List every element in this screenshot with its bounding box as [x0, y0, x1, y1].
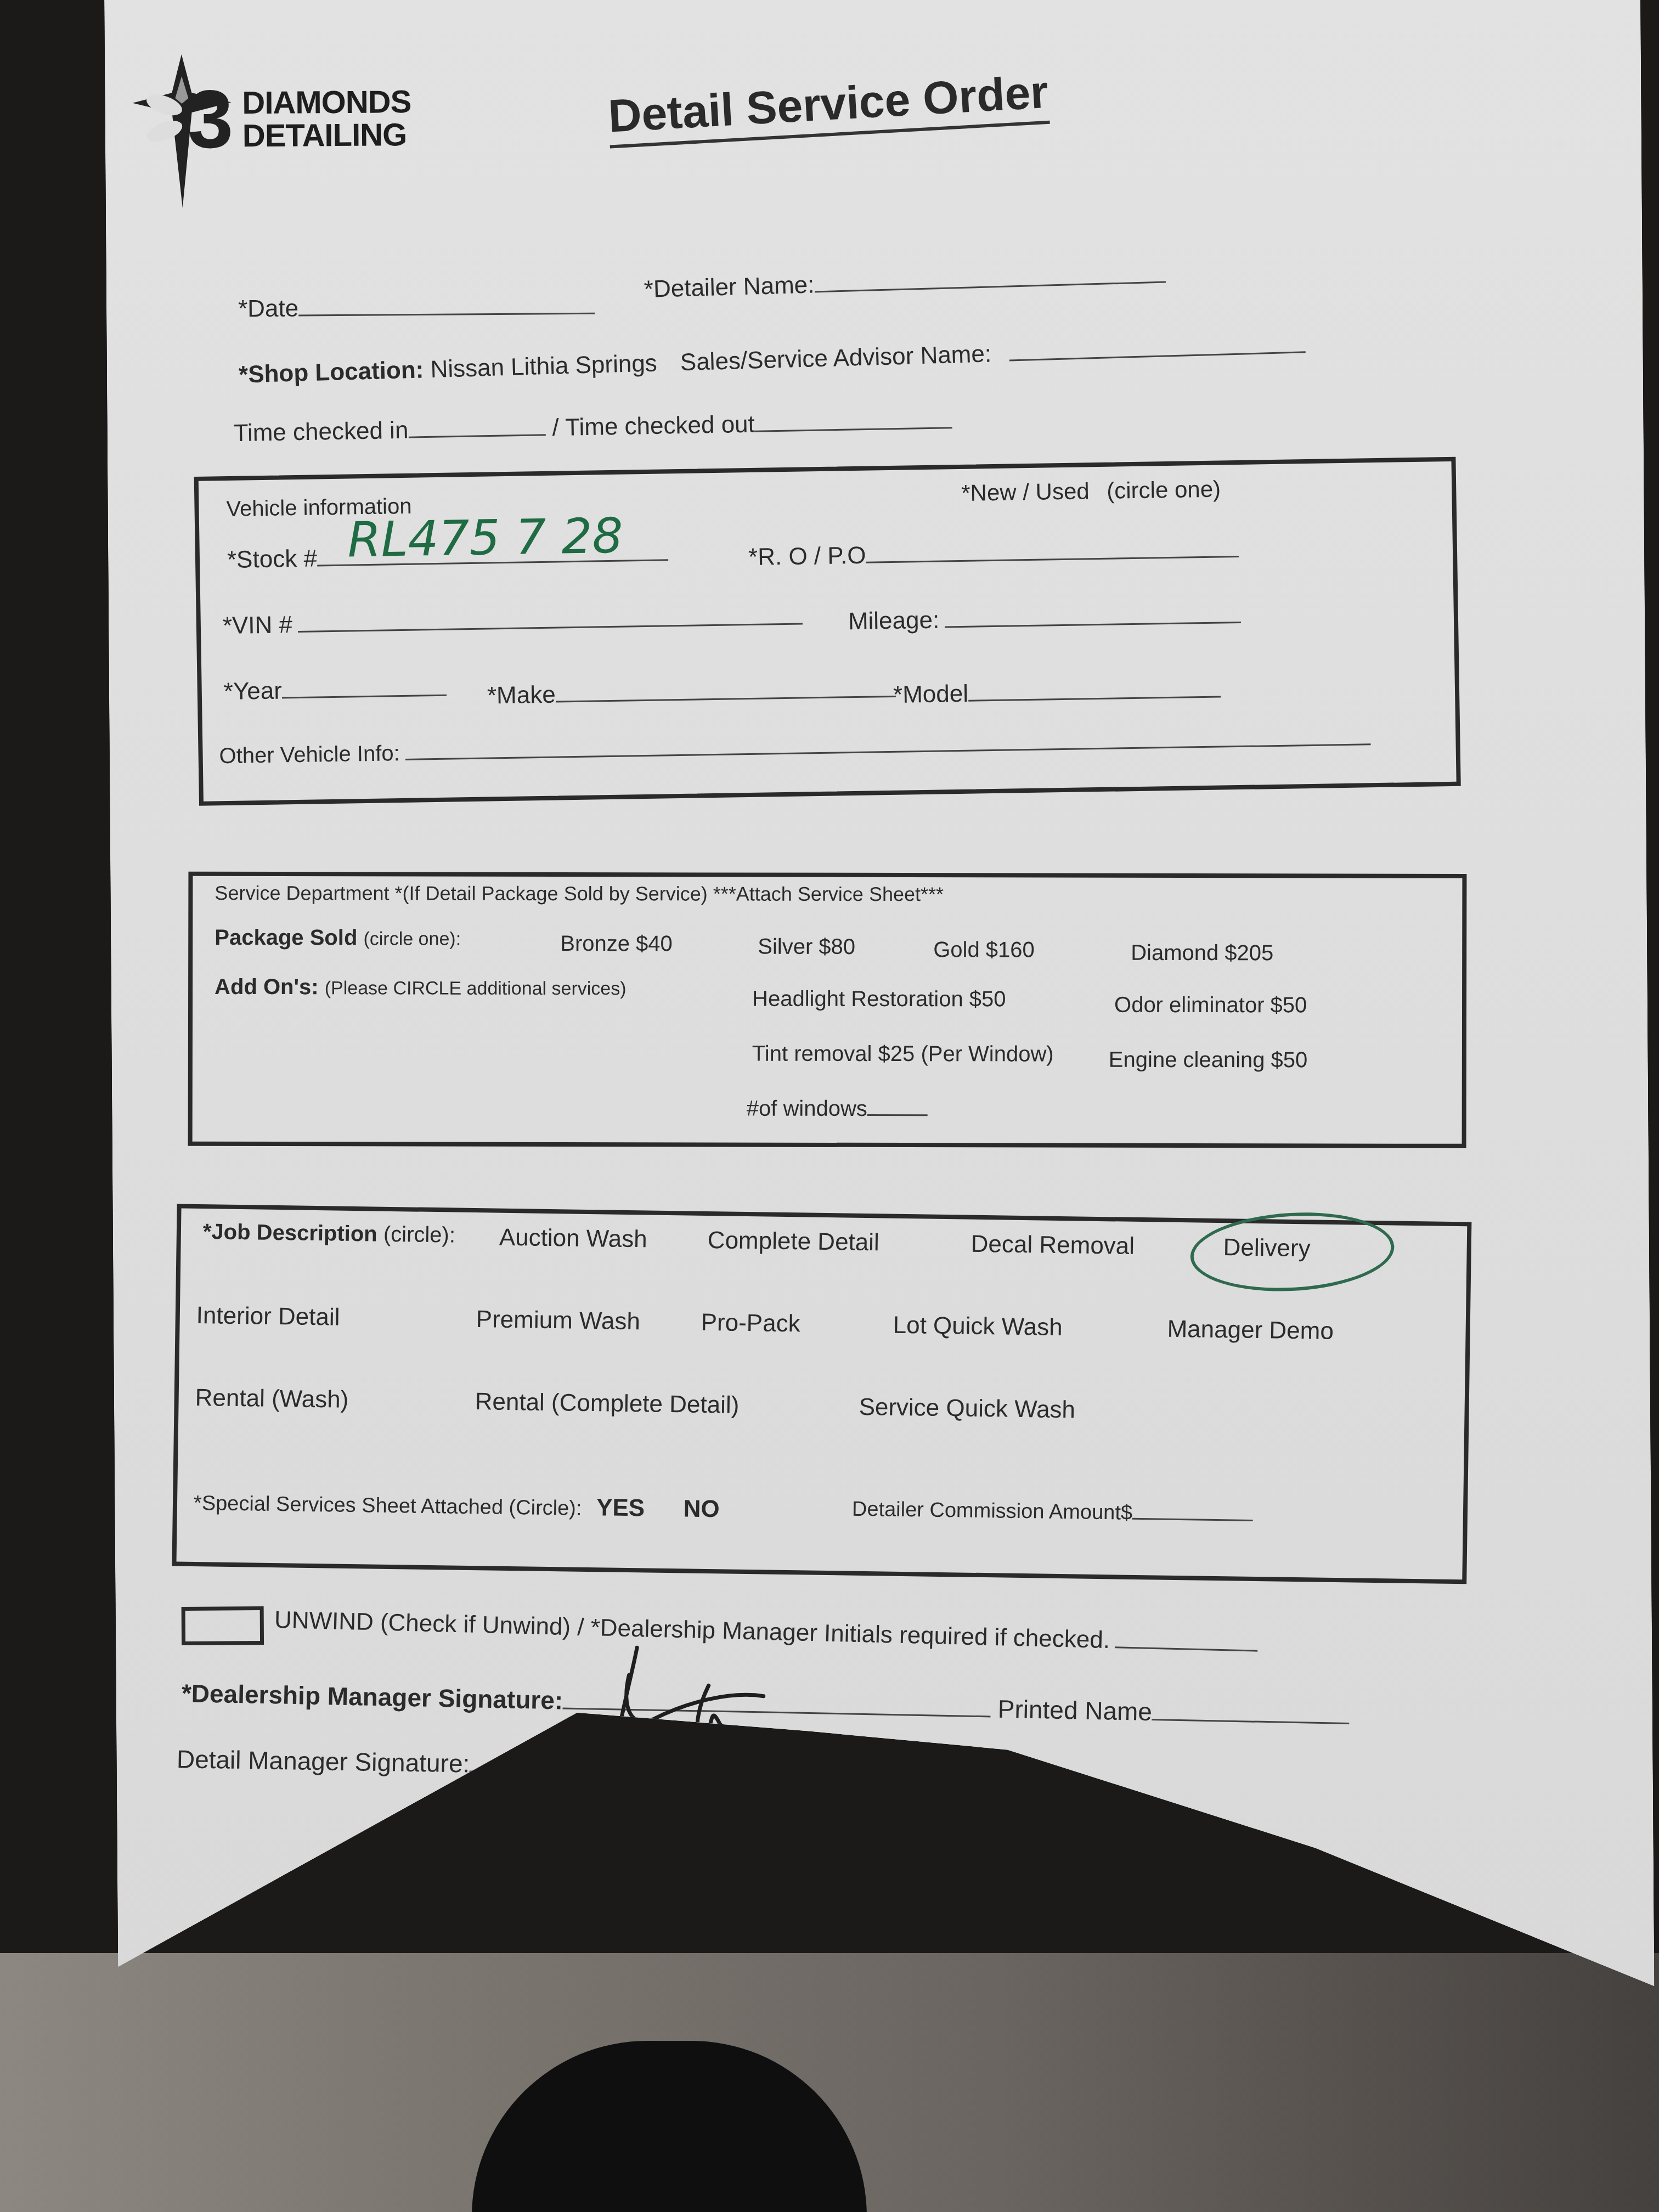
job-description-hint: (circle): [383, 1222, 456, 1248]
job-option-premium-wash[interactable]: Premium Wash [476, 1306, 640, 1335]
job-option-interior-detail[interactable]: Interior Detail [196, 1302, 340, 1331]
addons-hint: (Please CIRCLE additional services) [325, 978, 627, 999]
other-info-line[interactable] [405, 743, 1371, 760]
detail-manager-signature-label: Detail Manager Signature: [177, 1745, 470, 1778]
package-bronze[interactable]: Bronze $40 [560, 932, 673, 956]
vehicle-info-section: Vehicle information *New / Used (circle … [194, 457, 1461, 806]
date-line[interactable] [298, 312, 595, 317]
package-sold-label: Package Sold [215, 926, 357, 950]
job-option-auction-wash[interactable]: Auction Wash [499, 1224, 647, 1254]
new-used-row[interactable]: *New / Used (circle one) [961, 476, 1221, 506]
ro-po-label: *R. O / P.O [748, 542, 866, 571]
year-field[interactable]: *Year [223, 675, 447, 706]
package-sold-hint: (circle one): [363, 928, 461, 949]
service-department-section: Service Department *(If Detail Package S… [188, 872, 1467, 1148]
job-option-rental-complete-detail[interactable]: Rental (Complete Detail) [475, 1388, 739, 1419]
company-logo: 3 DIAMONDS DETAILING [121, 53, 441, 208]
detail-manager-signature-line[interactable] [470, 1770, 974, 1780]
job-option-lot-quick-wash[interactable]: Lot Quick Wash [893, 1312, 1063, 1341]
page-title: Detail Service Order [607, 65, 1050, 149]
addon-engine-cleaning[interactable]: Engine cleaning $50 [1109, 1048, 1308, 1073]
vin-label: *VIN # [223, 611, 293, 639]
mileage-line[interactable] [945, 621, 1241, 628]
addons-label: Add On's: [215, 975, 319, 999]
make-line[interactable] [556, 695, 896, 703]
unwind-initials-line[interactable] [1115, 1646, 1258, 1651]
addons-row: Add On's: (Please CIRCLE additional serv… [215, 975, 627, 1000]
make-label: *Make [487, 681, 556, 709]
detail-manager-signature-row: Detail Manager Signature: [176, 1744, 974, 1786]
mileage-label: Mileage: [848, 607, 940, 635]
stock-field[interactable]: *Stock # RL475 7 28 [227, 539, 669, 574]
logo-line-1: DIAMONDS [242, 86, 411, 120]
package-diamond[interactable]: Diamond $205 [1131, 941, 1273, 966]
dealership-signature-label: *Dealership Manager Signature: [181, 1679, 563, 1714]
new-used-label: *New / Used [961, 478, 1090, 506]
job-option-service-quick-wash[interactable]: Service Quick Wash [859, 1393, 1075, 1424]
special-services-no[interactable]: NO [683, 1495, 720, 1522]
service-order-sheet: 3 DIAMONDS DETAILING Detail Service Orde… [104, 0, 1654, 1997]
package-sold-row: Package Sold (circle one): [215, 926, 461, 951]
special-services-row: *Special Services Sheet Attached (Circle… [194, 1488, 720, 1523]
make-field[interactable]: *Make [487, 676, 896, 710]
other-info-label: Other Vehicle Info: [219, 741, 400, 768]
detailer-name-line[interactable] [815, 281, 1166, 293]
manager-signature-scribble [599, 1639, 1093, 1785]
service-department-header: Service Department *(If Detail Package S… [215, 882, 944, 906]
vin-field[interactable]: *VIN # [223, 603, 803, 640]
advisor-label: Sales/Service Advisor Name: [680, 340, 991, 376]
date-field[interactable]: *Date [238, 293, 595, 323]
date-label: *Date [238, 295, 298, 323]
vin-line[interactable] [298, 623, 803, 633]
job-option-manager-demo[interactable]: Manager Demo [1167, 1316, 1334, 1345]
model-label: *Model [893, 680, 969, 708]
shop-location-row: *Shop Location: Nissan Lithia Springs Sa… [238, 331, 1305, 388]
time-out-label: / Time checked out [552, 411, 755, 441]
windows-count-field[interactable]: #of windows [747, 1097, 928, 1122]
addon-odor-eliminator[interactable]: Odor eliminator $50 [1114, 993, 1307, 1018]
commission-label: Detailer Commission Amount$ [852, 1498, 1133, 1525]
job-description-label: *Job Description [203, 1220, 377, 1246]
job-option-decal-removal[interactable]: Decal Removal [970, 1231, 1135, 1260]
unwind-checkbox[interactable] [182, 1606, 264, 1645]
model-field[interactable]: *Model [893, 676, 1221, 709]
logo-line-2: DETAILING [242, 119, 411, 153]
job-option-rental-wash[interactable]: Rental (Wash) [195, 1384, 348, 1414]
windows-count-label: #of windows [747, 1097, 867, 1121]
svg-text:3: 3 [187, 72, 234, 165]
commission-field[interactable]: Detailer Commission Amount$ [852, 1498, 1254, 1527]
stock-handwritten-value: RL475 7 28 [347, 507, 624, 568]
job-option-pro-pack[interactable]: Pro-Pack [701, 1309, 800, 1338]
package-gold[interactable]: Gold $160 [933, 938, 1035, 962]
year-label: *Year [223, 677, 282, 705]
new-used-hint: (circle one) [1107, 476, 1221, 504]
addon-tint-removal[interactable]: Tint removal $25 (Per Window) [752, 1042, 1054, 1067]
job-description-section: *Job Description (circle): Auction Wash … [172, 1204, 1471, 1584]
mileage-field[interactable]: Mileage: [848, 602, 1242, 635]
time-out-line[interactable] [755, 426, 952, 432]
shop-location-label: *Shop Location: [238, 356, 424, 388]
windows-count-line[interactable] [867, 1114, 928, 1116]
shop-location-value: Nissan Lithia Springs [430, 349, 658, 383]
addon-headlight-restoration[interactable]: Headlight Restoration $50 [752, 987, 1006, 1012]
special-services-yes[interactable]: YES [596, 1494, 645, 1521]
stock-label: *Stock # [227, 545, 318, 573]
advisor-line[interactable] [1009, 351, 1306, 361]
four-point-star-diamond-logo-icon: 3 [121, 54, 249, 208]
commission-line[interactable] [1132, 1517, 1253, 1521]
year-line[interactable] [282, 694, 447, 699]
time-in-label: Time checked in [233, 417, 409, 447]
detailer-name-label: *Detailer Name: [644, 271, 815, 303]
other-info-field[interactable]: Other Vehicle Info: [219, 726, 1371, 769]
logo-wordmark: DIAMONDS DETAILING [242, 86, 411, 153]
job-description-row: *Job Description (circle): [203, 1220, 456, 1248]
ro-po-field[interactable]: *R. O / P.O [748, 536, 1239, 571]
package-silver[interactable]: Silver $80 [758, 935, 855, 960]
delivery-selection-circle [1188, 1207, 1396, 1297]
model-line[interactable] [968, 696, 1221, 702]
special-services-label: *Special Services Sheet Attached (Circle… [194, 1492, 582, 1520]
job-option-complete-detail[interactable]: Complete Detail [707, 1227, 879, 1256]
time-in-line[interactable] [409, 433, 546, 438]
time-row: Time checked in / Time checked out [233, 407, 952, 447]
ro-po-line[interactable] [866, 555, 1239, 563]
printed-name-line[interactable] [1152, 1718, 1350, 1724]
detailer-name-field[interactable]: *Detailer Name: [644, 262, 1166, 304]
